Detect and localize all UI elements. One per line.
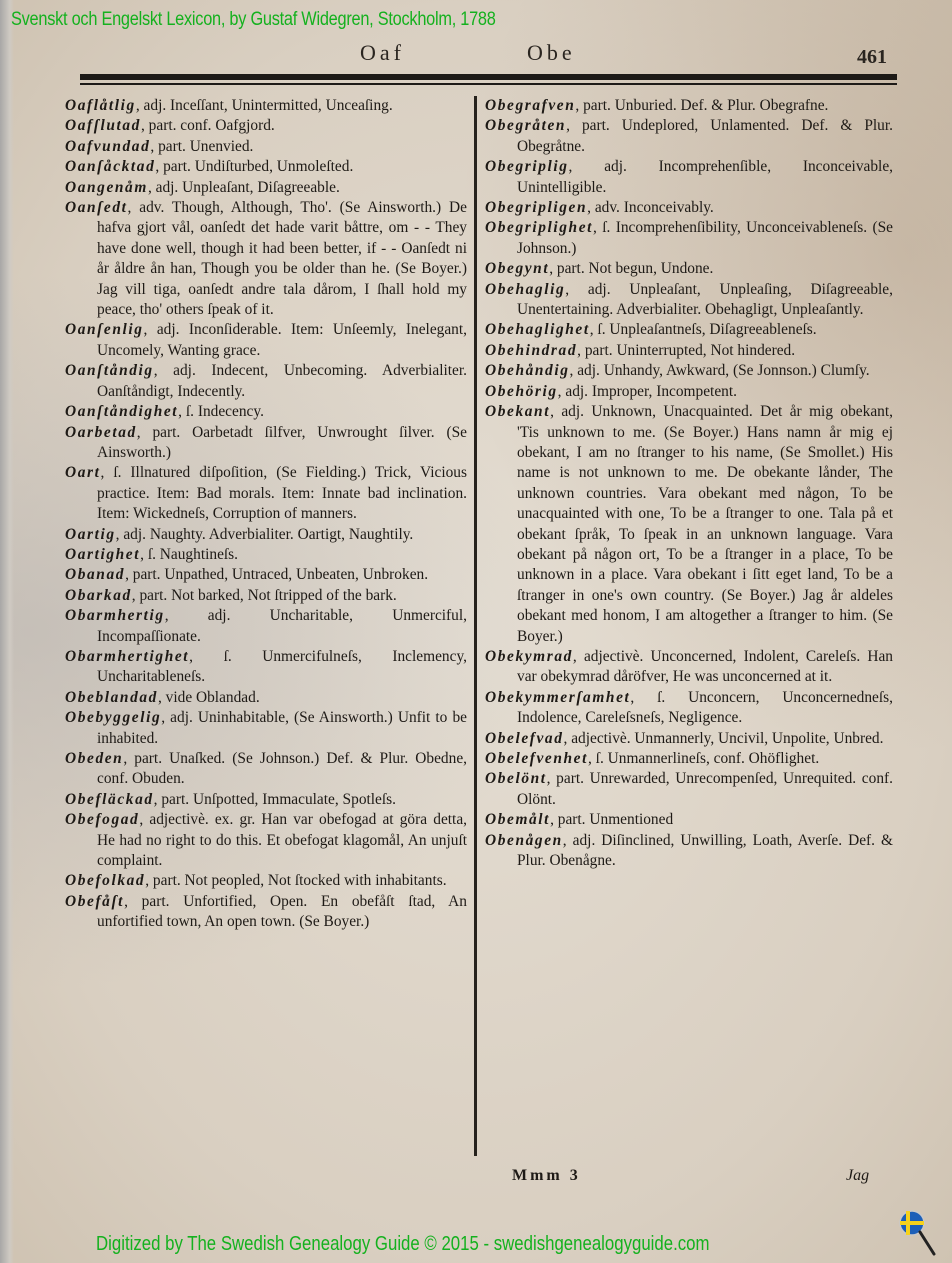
headword: Obefåſt (65, 893, 124, 910)
dictionary-entry: Oangenåm, adj. Unpleaſant, Diſagreeable. (65, 178, 467, 198)
dictionary-entry: Oanſtåndighet, ſ. Indecency. (65, 402, 467, 422)
headword: Obeblandad (65, 689, 158, 706)
dictionary-entry: Obelefvad, adjectivè. Unmannerly, Uncivi… (485, 729, 893, 749)
header-rule-thick (80, 74, 897, 80)
dictionary-entry: Obekymrad, adjectivè. Unconcerned, Indol… (485, 647, 893, 688)
definition: , part. Undiſturbed, Unmoleſted. (155, 158, 353, 175)
definition: , adv. Though, Although, Tho'. (Se Ainsw… (97, 199, 467, 318)
definition: , ſ. Naughtineſs. (140, 546, 238, 563)
definition: , adj. Unpleaſant, Unpleaſing, Diſagreea… (517, 281, 893, 318)
source-banner: Svenskt och Engelskt Lexicon, by Gustaf … (11, 9, 496, 31)
definition: , adjectivè. Unconcerned, Indolent, Care… (517, 648, 893, 685)
definition: , part. Unburied. Def. & Plur. Obegrafne… (575, 97, 828, 114)
running-head-right: Obe (527, 40, 576, 66)
dictionary-entry: Obegynt, part. Not begun, Undone. (485, 259, 893, 279)
definition: , adj. Naughty. Adverbialiter. Oartigt, … (116, 526, 414, 543)
definition: , adj. Inceſſant, Unintermitted, Unceaſi… (136, 97, 393, 114)
headword: Oartighet (65, 546, 140, 563)
footer-credit: Digitized by The Swedish Genealogy Guide… (96, 1233, 710, 1256)
definition: , part. conf. Oafgjord. (141, 117, 275, 134)
dictionary-entry: Obehaglig, adj. Unpleaſant, Unpleaſing, … (485, 280, 893, 321)
headword: Oaflåtlig (65, 97, 136, 114)
definition: , adj. Unknown, Unacquainted. Det år mig… (517, 403, 893, 644)
definition: , adj. Improper, Incompetent. (558, 383, 737, 400)
headword: Obegripligen (485, 199, 587, 216)
dictionary-entry: Oanſenlig, adj. Inconſiderable. Item: Un… (65, 320, 467, 361)
dictionary-entry: Obeden, part. Unaſked. (Se Johnson.) Def… (65, 749, 467, 790)
definition: , part. Not barked, Not ſtripped of the … (132, 587, 397, 604)
headword: Obegråten (485, 117, 566, 134)
dictionary-entry: Obefläckad, part. Unſpotted, Immaculate,… (65, 790, 467, 810)
running-head-left: Oaf (360, 40, 405, 66)
column-divider (474, 96, 477, 1156)
headword: Oart (65, 464, 100, 481)
headword: Obehåndig (485, 362, 570, 379)
definition: , part. Unaſked. (Se Johnson.) Def. & Pl… (97, 750, 467, 787)
dictionary-entry: Obekant, adj. Unknown, Unacquainted. Det… (485, 402, 893, 647)
definition: , part. Not peopled, Not ſtocked with in… (145, 872, 446, 889)
dictionary-entry: Obarmhertighet, ſ. Unmercifulneſs, Incle… (65, 647, 467, 688)
dictionary-entry: Obeblandad, vide Oblandad. (65, 688, 467, 708)
dictionary-entry: Obegripligen, adv. Inconceivably. (485, 198, 893, 218)
definition: , part. Unfortified, Open. En obefåſt ſt… (97, 893, 467, 930)
headword: Obegynt (485, 260, 549, 277)
definition: , adj. Unhandy, Awkward, (Se Jonnson.) C… (570, 362, 870, 379)
definition: , part. Unrewarded, Unrecompenſed, Unreq… (517, 770, 893, 807)
catchword: Jag (846, 1167, 869, 1185)
definition: , ſ. Indecency. (178, 403, 264, 420)
dictionary-entry: Oafſlutad, part. conf. Oafgjord. (65, 116, 467, 136)
dictionary-entry: Obemålt, part. Unmentioned (485, 810, 893, 830)
signature-mark: Mmm 3 (512, 1167, 581, 1185)
page-number: 461 (857, 46, 887, 69)
dictionary-entry: Obefolkad, part. Not peopled, Not ſtocke… (65, 871, 467, 891)
definition: , adjectivè. Unmannerly, Uncivil, Unpoli… (564, 730, 884, 747)
headword: Obefläckad (65, 791, 154, 808)
dictionary-entry: Oartig, adj. Naughty. Adverbialiter. Oar… (65, 525, 467, 545)
dictionary-entry: Obekymmerſamhet, ſ. Unconcern, Unconcern… (485, 688, 893, 729)
headword: Oanſåcktad (65, 158, 155, 175)
dictionary-entry: Obegrafven, part. Unburied. Def. & Plur.… (485, 96, 893, 116)
dictionary-entry: Obefåſt, part. Unfortified, Open. En obe… (65, 892, 467, 933)
dictionary-entry: Obehaglighet, ſ. Unpleaſantneſs, Diſagre… (485, 320, 893, 340)
headword: Obanad (65, 566, 125, 583)
dictionary-entry: Obefogad, adjectivè. ex. gr. Han var obe… (65, 810, 467, 871)
headword: Obegrafven (485, 97, 575, 114)
definition: , part. Uninterrupted, Not hindered. (577, 342, 795, 359)
dictionary-entry: Oaflåtlig, adj. Inceſſant, Unintermitted… (65, 96, 467, 116)
dictionary-entry: Oanſtåndig, adj. Indecent, Unbecoming. A… (65, 361, 467, 402)
dictionary-entry: Obegråten, part. Undeplored, Unlamented.… (485, 116, 893, 157)
left-column: Oaflåtlig, adj. Inceſſant, Unintermitted… (65, 96, 467, 933)
dictionary-entry: Oartighet, ſ. Naughtineſs. (65, 545, 467, 565)
headword: Obekymrad (485, 648, 573, 665)
headword: Oafvundad (65, 138, 150, 155)
definition: , adj. Inconſiderable. Item: Unſeemly, I… (97, 321, 467, 358)
definition: , ſ. Unpleaſantneſs, Diſagreeableneſs. (590, 321, 817, 338)
page-edge-shadow (0, 0, 14, 1263)
definition: , adv. Inconceivably. (587, 199, 714, 216)
dictionary-entry: Oart, ſ. Illnatured diſpoſition, (Se Fie… (65, 463, 467, 524)
headword: Oanſtåndig (65, 362, 154, 379)
definition: , adj. Incomprehenſible, Inconceivable, … (517, 158, 893, 195)
header-rule-thin (80, 83, 897, 85)
sweden-flag-magnifier-icon (897, 1208, 937, 1258)
definition: , part. Unenvied. (150, 138, 253, 155)
headword: Obelefvenhet (485, 750, 588, 767)
headword: Obegriplighet (485, 219, 593, 236)
definition: , part. Not begun, Undone. (549, 260, 713, 277)
definition: , part. Oarbetadt ſilfver, Unwrought ſil… (97, 424, 467, 461)
definition: , ſ. Unmannerlineſs, conf. Ohöflighet. (588, 750, 819, 767)
dictionary-entry: Obehåndig, adj. Unhandy, Awkward, (Se Jo… (485, 361, 893, 381)
dictionary-entry: Obelönt, part. Unrewarded, Unrecompenſed… (485, 769, 893, 810)
headword: Obelefvad (485, 730, 564, 747)
right-column: Obegrafven, part. Unburied. Def. & Plur.… (485, 96, 893, 871)
headword: Obarkad (65, 587, 132, 604)
headword: Obekymmerſamhet (485, 689, 630, 706)
headword: Obehörig (485, 383, 558, 400)
headword: Obefolkad (65, 872, 145, 889)
headword: Obebyggelig (65, 709, 161, 726)
headword: Oanſenlig (65, 321, 144, 338)
dictionary-entry: Oarbetad, part. Oarbetadt ſilfver, Unwro… (65, 423, 467, 464)
dictionary-entry: Obenågen, adj. Diſinclined, Unwilling, L… (485, 831, 893, 872)
headword: Oartig (65, 526, 116, 543)
headword: Obefogad (65, 811, 139, 828)
headword: Oanſedt (65, 199, 128, 216)
headword: Obarmhertig (65, 607, 165, 624)
definition: , adj. Unpleaſant, Diſagreeable. (148, 179, 340, 196)
headword: Obelönt (485, 770, 547, 787)
headword: Oangenåm (65, 179, 148, 196)
definition: , adjectivè. ex. gr. Han var obefogad at… (97, 811, 467, 869)
headword: Obarmhertighet (65, 648, 189, 665)
definition: , ſ. Illnatured diſpoſition, (Se Fieldin… (97, 464, 467, 522)
dictionary-entry: Obehörig, adj. Improper, Incompetent. (485, 382, 893, 402)
dictionary-entry: Oafvundad, part. Unenvied. (65, 137, 467, 157)
dictionary-entry: Obebyggelig, adj. Uninhabitable, (Se Ain… (65, 708, 467, 749)
headword: Obehaglig (485, 281, 565, 298)
dictionary-entry: Obarkad, part. Not barked, Not ſtripped … (65, 586, 467, 606)
headword: Oanſtåndighet (65, 403, 178, 420)
headword: Obehaglighet (485, 321, 590, 338)
definition: , adj. Diſinclined, Unwilling, Loath, Av… (517, 832, 893, 869)
headword: Obeden (65, 750, 123, 767)
headword: Oafſlutad (65, 117, 141, 134)
definition: , part. Undeplored, Unlamented. Def. & P… (517, 117, 893, 154)
dictionary-entry: Obanad, part. Unpathed, Untraced, Unbeat… (65, 565, 467, 585)
headword: Oarbetad (65, 424, 137, 441)
headword: Obenågen (485, 832, 563, 849)
dictionary-entry: Obehindrad, part. Uninterrupted, Not hin… (485, 341, 893, 361)
dictionary-entry: Oanſåcktad, part. Undiſturbed, Unmoleſte… (65, 157, 467, 177)
definition: , part. Unmentioned (550, 811, 673, 828)
dictionary-entry: Obegriplig, adj. Incomprehenſible, Incon… (485, 157, 893, 198)
headword: Obegriplig (485, 158, 569, 175)
definition: , part. Unpathed, Untraced, Unbeaten, Un… (125, 566, 428, 583)
dictionary-entry: Obarmhertig, adj. Uncharitable, Unmercif… (65, 606, 467, 647)
headword: Obemålt (485, 811, 550, 828)
dictionary-entry: Obegriplighet, ſ. Incomprehenſibility, U… (485, 218, 893, 259)
definition: , vide Oblandad. (158, 689, 260, 706)
headword: Obehindrad (485, 342, 577, 359)
dictionary-entry: Obelefvenhet, ſ. Unmannerlineſs, conf. O… (485, 749, 893, 769)
definition: , part. Unſpotted, Immaculate, Spotleſs. (154, 791, 396, 808)
headword: Obekant (485, 403, 550, 420)
dictionary-entry: Oanſedt, adv. Though, Although, Tho'. (S… (65, 198, 467, 320)
